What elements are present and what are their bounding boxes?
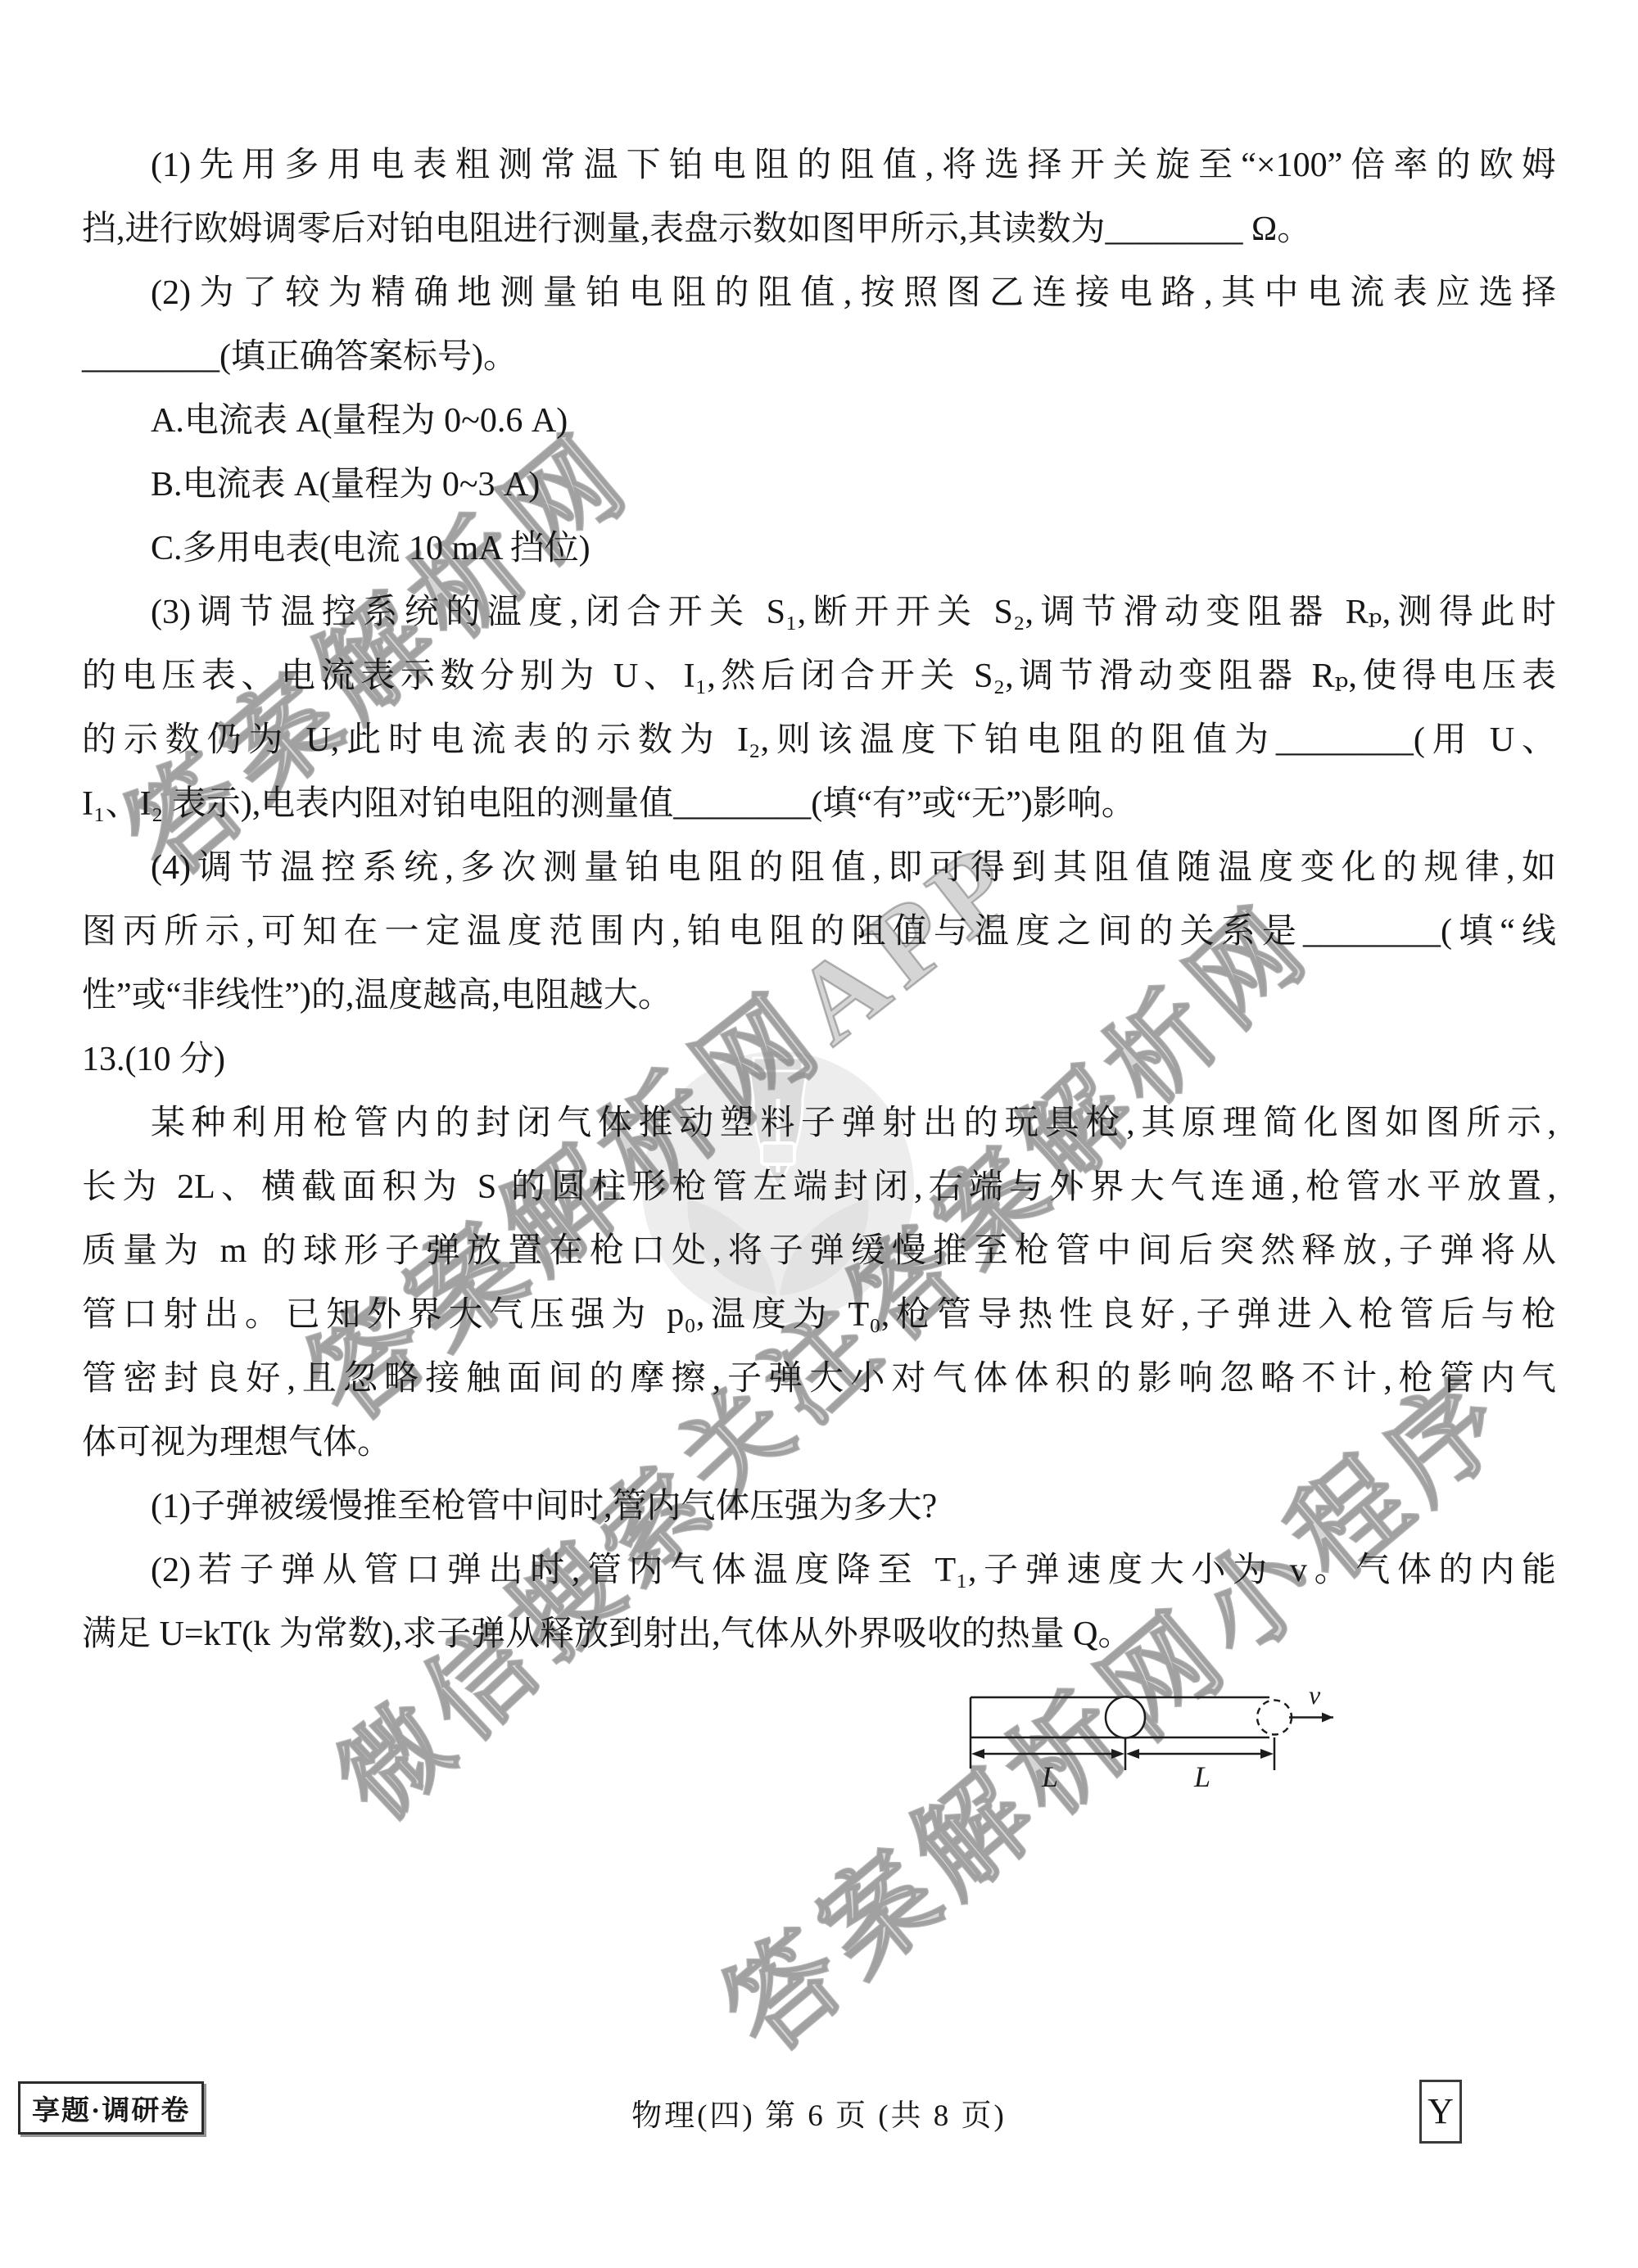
text-line: (1)子弹被缓慢推至枪管中间时,管内气体压强为多大? xyxy=(82,1475,1556,1538)
velocity-label: v xyxy=(1309,1680,1321,1710)
text-line: 图丙所示,可知在一定温度范围内,铂电阻的阻值与温度之间的关系是________(… xyxy=(82,900,1556,964)
text-line: 满足 U=kT(k 为常数),求子弹从释放到射出,气体从外界吸收的热量 Q。 xyxy=(82,1602,1556,1666)
text-line: 体可视为理想气体。 xyxy=(82,1411,1556,1475)
text-line: (4)调节温控系统,多次测量铂电阻的阻值,即可得到其阻值随温度变化的规律,如 xyxy=(82,836,1556,900)
text-line: 某种利用枪管内的封闭气体推动塑料子弹射出的玩具枪,其原理简化图如图所示, xyxy=(82,1091,1556,1155)
text-line: 长为 2L、横截面积为 S 的圆柱形枪管左端封闭,右端与外界大气连通,枪管水平放… xyxy=(82,1155,1556,1219)
bullet-exit-dashed-circle xyxy=(1257,1701,1292,1735)
velocity-arrowhead xyxy=(1322,1713,1333,1723)
exam-page: 答案解析网 答案解析网APP 微信搜索关注答案解析网 答案解析网小程序 (1)先… xyxy=(0,0,1638,2268)
dimension-label-left: L xyxy=(1041,1760,1058,1793)
bullet-circle xyxy=(1106,1697,1145,1738)
text-line: 管密封良好,且忽略接触面间的摩擦,子弹大小对气体体积的影响忽略不计,枪管内气 xyxy=(82,1347,1556,1411)
text-line: (2)为了较为精确地测量铂电阻的阻值,按照图乙连接电路,其中电流表应选择 xyxy=(82,261,1556,325)
text-line: (1)先用多用电表粗测常温下铂电阻的阻值,将选择开关旋至“×100”倍率的欧姆 xyxy=(82,133,1556,197)
text-line: B.电流表 A(量程为 0~3 A) xyxy=(82,453,1556,517)
footer-version-badge: Y xyxy=(1419,2080,1462,2144)
text-line: 13.(10 分) xyxy=(82,1028,1556,1091)
text-line: 性”或“非线性”)的,温度越高,电阻越大。 xyxy=(82,964,1556,1028)
text-line: (3)调节温控系统的温度,闭合开关 S₁,断开开关 S₂,调节滑动变阻器 Rₚ,… xyxy=(82,581,1556,644)
dimension-label-right: L xyxy=(1193,1760,1210,1793)
footer-page-number: 物理(四) 第 6 页 (共 8 页) xyxy=(0,2090,1638,2135)
text-line: (2)若子弹从管口弹出时,管内气体温度降至 T₁,子弹速度大小为 v。气体的内能 xyxy=(82,1538,1556,1602)
text-line: 管口射出。已知外界大气压强为 p₀,温度为 T₀,枪管导热性良好,子弹进入枪管后… xyxy=(82,1283,1556,1347)
text-line: C.多用电表(电流 10 mA 挡位) xyxy=(82,517,1556,581)
text-line: I₁、I₂ 表示),电表内阻对铂电阻的测量值________(填“有”或“无”)… xyxy=(82,772,1556,836)
barrel-figure: L L v xyxy=(942,1666,1368,1797)
text-line: 质量为 m 的球形子弹放置在枪口处,将子弹缓慢推至枪管中间后突然释放,子弹将从 xyxy=(82,1219,1556,1283)
text-block: (1)先用多用电表粗测常温下铂电阻的阻值,将选择开关旋至“×100”倍率的欧姆挡… xyxy=(82,133,1556,1666)
text-line: A.电流表 A(量程为 0~0.6 A) xyxy=(82,389,1556,453)
text-line: 的电压表、电流表示数分别为 U、I₁,然后闭合开关 S₂,调节滑动变阻器 Rₚ,… xyxy=(82,644,1556,708)
text-line: 的示数仍为 U,此时电流表的示数为 I₂,则该温度下铂电阻的阻值为_______… xyxy=(82,708,1556,772)
text-line: ________(填正确答案标号)。 xyxy=(82,325,1556,389)
text-line: 挡,进行欧姆调零后对铂电阻进行测量,表盘示数如图甲所示,其读数为________… xyxy=(82,197,1556,261)
